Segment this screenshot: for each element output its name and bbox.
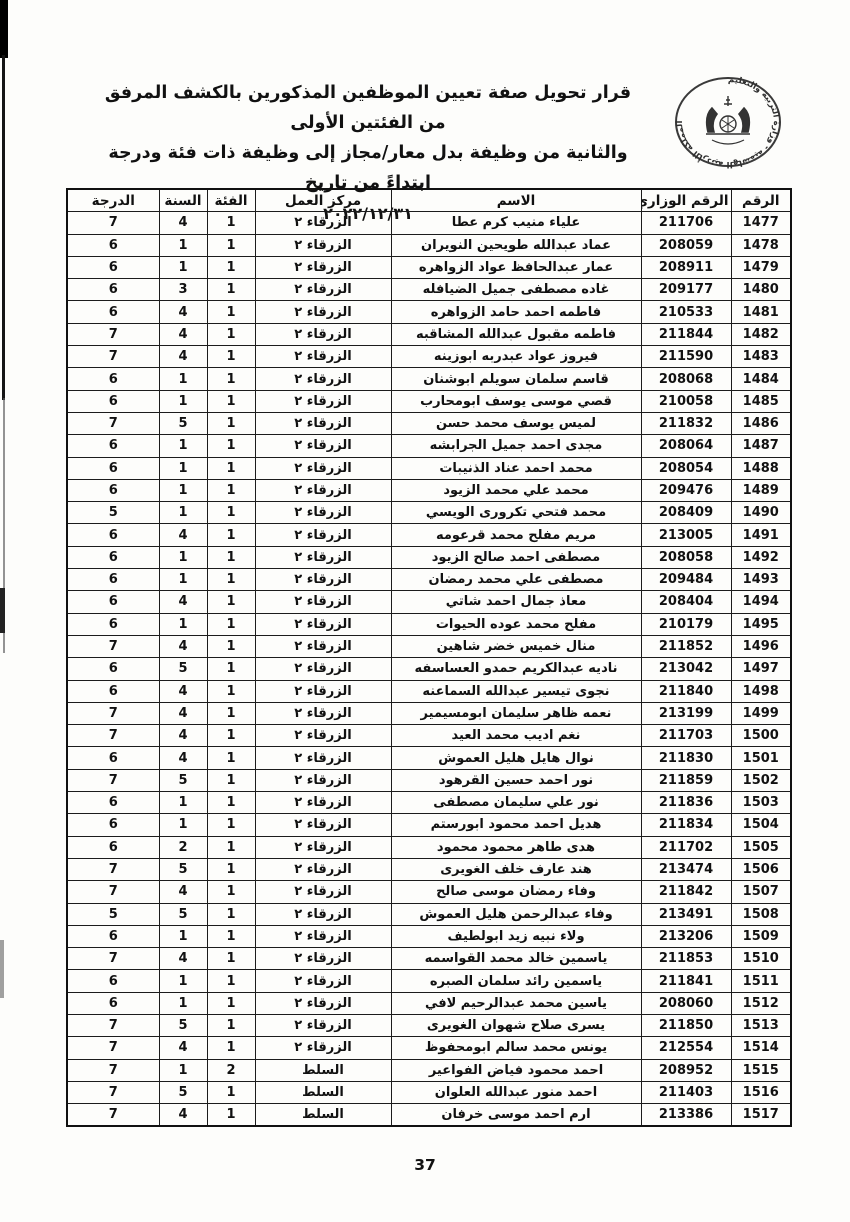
- cell-ministry_no: 209484: [641, 569, 731, 591]
- cell-year: 4: [159, 948, 207, 970]
- cell-center: الزرقاء ٢: [255, 658, 391, 680]
- table-row: 1503211836نور علي سليمان مصطفىالزرقاء ٢1…: [67, 792, 791, 814]
- cell-category: 1: [207, 747, 255, 769]
- cell-ministry_no: 211403: [641, 1081, 731, 1103]
- scan-artifact: [0, 940, 4, 998]
- cell-ministry_no: 208058: [641, 546, 731, 568]
- cell-grade: 6: [67, 524, 159, 546]
- table-row: 1501211830نوال هايل هليل العموشالزرقاء ٢…: [67, 747, 791, 769]
- cell-ministry_no: 211859: [641, 769, 731, 791]
- cell-center: الزرقاء ٢: [255, 769, 391, 791]
- cell-ministry_no: 211590: [641, 346, 731, 368]
- col-header-category: الفئة: [207, 189, 255, 212]
- cell-name: محمد علي محمد الزيود: [391, 479, 641, 501]
- cell-ministry_no: 211836: [641, 792, 731, 814]
- cell-grade: 6: [67, 390, 159, 412]
- cell-year: 1: [159, 569, 207, 591]
- cell-category: 1: [207, 635, 255, 657]
- cell-serial: 1483: [731, 346, 791, 368]
- title-line-1: قرار تحويل صفة تعيين الموظفين المذكورين …: [94, 78, 642, 138]
- cell-name: نعمه ظاهر سليمان ابومسيمير: [391, 702, 641, 724]
- cell-category: 1: [207, 546, 255, 568]
- table-row: 1487208064مجدى احمد جميل الجرابشهالزرقاء…: [67, 435, 791, 457]
- cell-center: الزرقاء ٢: [255, 524, 391, 546]
- table-row: 1504211834هديل احمد محمود ابورستمالزرقاء…: [67, 814, 791, 836]
- cell-serial: 1497: [731, 658, 791, 680]
- cell-grade: 6: [67, 569, 159, 591]
- cell-year: 4: [159, 301, 207, 323]
- cell-serial: 1486: [731, 412, 791, 434]
- cell-serial: 1517: [731, 1104, 791, 1127]
- cell-center: الزرقاء ٢: [255, 814, 391, 836]
- table-body: 1477211706علياء منيب كرم عطاالزرقاء ٢147…: [67, 212, 791, 1127]
- cell-grade: 6: [67, 546, 159, 568]
- cell-category: 1: [207, 256, 255, 278]
- table-row: 1508213491وفاء عبدالرحمن هليل العموشالزر…: [67, 903, 791, 925]
- cell-center: الزرقاء ٢: [255, 992, 391, 1014]
- cell-center: الزرقاء ٢: [255, 725, 391, 747]
- cell-grade: 7: [67, 769, 159, 791]
- cell-ministry_no: 208054: [641, 457, 731, 479]
- cell-grade: 6: [67, 279, 159, 301]
- cell-category: 1: [207, 725, 255, 747]
- cell-ministry_no: 208060: [641, 992, 731, 1014]
- table-row: 1496211852منال خميس خضر شاهينالزرقاء ٢14…: [67, 635, 791, 657]
- cell-year: 1: [159, 479, 207, 501]
- cell-grade: 7: [67, 1014, 159, 1036]
- cell-grade: 5: [67, 502, 159, 524]
- table-row: 1489209476محمد علي محمد الزيودالزرقاء ٢1…: [67, 479, 791, 501]
- cell-ministry_no: 213474: [641, 858, 731, 880]
- cell-name: مجدى احمد جميل الجرابشه: [391, 435, 641, 457]
- cell-category: 1: [207, 836, 255, 858]
- cell-year: 4: [159, 591, 207, 613]
- cell-center: الزرقاء ٢: [255, 792, 391, 814]
- cell-center: الزرقاء ٢: [255, 301, 391, 323]
- cell-year: 1: [159, 1059, 207, 1081]
- cell-name: نوال هايل هليل العموش: [391, 747, 641, 769]
- cell-category: 1: [207, 234, 255, 256]
- cell-serial: 1485: [731, 390, 791, 412]
- cell-grade: 6: [67, 814, 159, 836]
- cell-serial: 1502: [731, 769, 791, 791]
- cell-serial: 1482: [731, 323, 791, 345]
- table-row: 1482211844فاطمه مقبول عبدالله المشاقبهال…: [67, 323, 791, 345]
- cell-ministry_no: 213005: [641, 524, 731, 546]
- cell-center: الزرقاء ٢: [255, 212, 391, 234]
- cell-ministry_no: 213386: [641, 1104, 731, 1127]
- cell-serial: 1488: [731, 457, 791, 479]
- cell-name: نجوى تيسير عبدالله السماعنه: [391, 680, 641, 702]
- cell-year: 4: [159, 524, 207, 546]
- col-header-name: الاسم: [391, 189, 641, 212]
- table-row: 1506213474هند عارف خلف الغويرىالزرقاء ٢1…: [67, 858, 791, 880]
- cell-serial: 1481: [731, 301, 791, 323]
- cell-year: 4: [159, 212, 207, 234]
- cell-ministry_no: 211841: [641, 970, 731, 992]
- cell-center: الزرقاء ٢: [255, 569, 391, 591]
- cell-year: 4: [159, 635, 207, 657]
- cell-grade: 7: [67, 702, 159, 724]
- cell-category: 1: [207, 814, 255, 836]
- cell-serial: 1493: [731, 569, 791, 591]
- cell-category: 1: [207, 346, 255, 368]
- cell-name: مصطفى احمد صالح الزيود: [391, 546, 641, 568]
- cell-year: 4: [159, 323, 207, 345]
- cell-name: نور علي سليمان مصطفى: [391, 792, 641, 814]
- cell-year: 1: [159, 435, 207, 457]
- cell-category: 1: [207, 390, 255, 412]
- table-row: 1514212554يونس محمد سالم ابومحفوظالزرقاء…: [67, 1037, 791, 1059]
- cell-center: الزرقاء ٢: [255, 903, 391, 925]
- cell-grade: 7: [67, 346, 159, 368]
- cell-name: عمار عبدالحافظ عواد الزواهره: [391, 256, 641, 278]
- table-row: 1515208952احمد محمود فياض الفواعيرالسلط2…: [67, 1059, 791, 1081]
- cell-grade: 6: [67, 435, 159, 457]
- cell-serial: 1484: [731, 368, 791, 390]
- table-row: 1479208911عمار عبدالحافظ عواد الزواهرهال…: [67, 256, 791, 278]
- cell-ministry_no: 213206: [641, 925, 731, 947]
- cell-year: 3: [159, 279, 207, 301]
- cell-name: ارم احمد موسى خرفان: [391, 1104, 641, 1127]
- cell-center: الزرقاء ٢: [255, 390, 391, 412]
- cell-serial: 1508: [731, 903, 791, 925]
- cell-center: الزرقاء ٢: [255, 747, 391, 769]
- cell-category: 1: [207, 279, 255, 301]
- cell-grade: 6: [67, 792, 159, 814]
- cell-name: ياسمين خالد محمد القواسمه: [391, 948, 641, 970]
- cell-category: 1: [207, 903, 255, 925]
- cell-ministry_no: 209177: [641, 279, 731, 301]
- cell-category: 1: [207, 1037, 255, 1059]
- table-row: 1511211841ياسمين رائد سلمان الصبرهالزرقا…: [67, 970, 791, 992]
- cell-serial: 1510: [731, 948, 791, 970]
- col-header-serial: الرقم: [731, 189, 791, 212]
- cell-center: الزرقاء ٢: [255, 858, 391, 880]
- cell-grade: 6: [67, 680, 159, 702]
- cell-ministry_no: 208409: [641, 502, 731, 524]
- col-header-center: مركز العمل: [255, 189, 391, 212]
- cell-center: السلط: [255, 1059, 391, 1081]
- cell-category: 1: [207, 212, 255, 234]
- cell-category: 1: [207, 502, 255, 524]
- cell-ministry_no: 211852: [641, 635, 731, 657]
- table-row: 1499213199نعمه ظاهر سليمان ابومسيميرالزر…: [67, 702, 791, 724]
- cell-ministry_no: 213199: [641, 702, 731, 724]
- page-number: 37: [0, 1156, 850, 1174]
- cell-serial: 1480: [731, 279, 791, 301]
- cell-year: 4: [159, 747, 207, 769]
- cell-serial: 1496: [731, 635, 791, 657]
- cell-category: 1: [207, 569, 255, 591]
- cell-grade: 6: [67, 591, 159, 613]
- cell-year: 1: [159, 502, 207, 524]
- scan-artifact: [0, 588, 5, 633]
- cell-year: 5: [159, 1081, 207, 1103]
- table-row: 1480209177غاده مصطفى جميل الضيافلهالزرقا…: [67, 279, 791, 301]
- cell-category: 1: [207, 524, 255, 546]
- cell-name: قصي موسى يوسف ابومحارب: [391, 390, 641, 412]
- cell-grade: 7: [67, 412, 159, 434]
- cell-ministry_no: 211842: [641, 881, 731, 903]
- cell-ministry_no: 210179: [641, 613, 731, 635]
- cell-center: الزرقاء ٢: [255, 279, 391, 301]
- cell-center: السلط: [255, 1081, 391, 1103]
- cell-grade: 6: [67, 836, 159, 858]
- cell-ministry_no: 213042: [641, 658, 731, 680]
- cell-year: 1: [159, 792, 207, 814]
- table-row: 1498211840نجوى تيسير عبدالله السماعنهالز…: [67, 680, 791, 702]
- cell-grade: 6: [67, 970, 159, 992]
- cell-grade: 6: [67, 992, 159, 1014]
- table-row: 1497213042ناديه عبدالكريم حمدو العساسفها…: [67, 658, 791, 680]
- cell-year: 4: [159, 725, 207, 747]
- cell-name: نغم اديب محمد العيد: [391, 725, 641, 747]
- table-row: 1505211702هدى طاهر محمود محمودالزرقاء ٢1…: [67, 836, 791, 858]
- cell-grade: 7: [67, 858, 159, 880]
- table-row: 1513211850يسرى صلاح شهوان الغويرىالزرقاء…: [67, 1014, 791, 1036]
- table-row: 1500211703نغم اديب محمد العيدالزرقاء ٢14…: [67, 725, 791, 747]
- cell-center: الزرقاء ٢: [255, 881, 391, 903]
- cell-category: 1: [207, 925, 255, 947]
- table-row: 1477211706علياء منيب كرم عطاالزرقاء ٢147: [67, 212, 791, 234]
- cell-center: الزرقاء ٢: [255, 256, 391, 278]
- cell-serial: 1515: [731, 1059, 791, 1081]
- cell-year: 1: [159, 546, 207, 568]
- cell-serial: 1501: [731, 747, 791, 769]
- cell-ministry_no: 212554: [641, 1037, 731, 1059]
- cell-name: وفاء عبدالرحمن هليل العموش: [391, 903, 641, 925]
- cell-center: الزرقاء ٢: [255, 234, 391, 256]
- cell-category: 1: [207, 881, 255, 903]
- cell-ministry_no: 211706: [641, 212, 731, 234]
- cell-ministry_no: 208404: [641, 591, 731, 613]
- cell-grade: 6: [67, 925, 159, 947]
- cell-grade: 6: [67, 658, 159, 680]
- cell-grade: 7: [67, 1059, 159, 1081]
- cell-category: 2: [207, 1059, 255, 1081]
- cell-name: قاسم سلمان سويلم ابوشنان: [391, 368, 641, 390]
- cell-grade: 5: [67, 903, 159, 925]
- cell-grade: 7: [67, 1081, 159, 1103]
- cell-center: الزرقاء ٢: [255, 412, 391, 434]
- cell-year: 4: [159, 346, 207, 368]
- cell-category: 1: [207, 435, 255, 457]
- cell-category: 1: [207, 658, 255, 680]
- cell-name: هدى طاهر محمود محمود: [391, 836, 641, 858]
- cell-category: 1: [207, 769, 255, 791]
- cell-grade: 6: [67, 479, 159, 501]
- cell-grade: 7: [67, 725, 159, 747]
- cell-year: 1: [159, 925, 207, 947]
- cell-grade: 6: [67, 457, 159, 479]
- document-page: المملكة الأردنية الهاشمية - وزارة التربي…: [0, 0, 850, 1222]
- cell-name: علياء منيب كرم عطا: [391, 212, 641, 234]
- col-header-ministry: الرقم الوزاري: [641, 189, 731, 212]
- cell-center: الزرقاء ٢: [255, 836, 391, 858]
- scan-artifact: [2, 55, 5, 400]
- cell-name: فيروز عواد عبدربه ابوزينه: [391, 346, 641, 368]
- cell-year: 5: [159, 658, 207, 680]
- cell-ministry_no: 210533: [641, 301, 731, 323]
- cell-serial: 1478: [731, 234, 791, 256]
- table-row: 1495210179مفلح محمد عوده الحيواتالزرقاء …: [67, 613, 791, 635]
- table-row: 1490208409محمد فتحي تكرورى الويسيالزرقاء…: [67, 502, 791, 524]
- cell-year: 1: [159, 234, 207, 256]
- col-header-year: السنة: [159, 189, 207, 212]
- cell-ministry_no: 211853: [641, 948, 731, 970]
- cell-category: 1: [207, 1081, 255, 1103]
- cell-serial: 1513: [731, 1014, 791, 1036]
- cell-name: محمد احمد عناد الذنيبات: [391, 457, 641, 479]
- cell-year: 4: [159, 702, 207, 724]
- cell-ministry_no: 211850: [641, 1014, 731, 1036]
- cell-name: محمد فتحي تكرورى الويسي: [391, 502, 641, 524]
- table-row: 1502211859نور احمد حسين القرهودالزرقاء ٢…: [67, 769, 791, 791]
- cell-name: احمد منور عبدالله العلوان: [391, 1081, 641, 1103]
- employee-roster-table: الرقم الرقم الوزاري الاسم مركز العمل الف…: [66, 188, 792, 1127]
- cell-name: ولاء نبيه زيد ابولطيف: [391, 925, 641, 947]
- cell-year: 4: [159, 1037, 207, 1059]
- table-row: 1485210058قصي موسى يوسف ابومحاربالزرقاء …: [67, 390, 791, 412]
- cell-ministry_no: 208059: [641, 234, 731, 256]
- cell-serial: 1507: [731, 881, 791, 903]
- cell-center: الزرقاء ٢: [255, 925, 391, 947]
- table-row: 1494208404معاذ جمال احمد شاتيالزرقاء ٢14…: [67, 591, 791, 613]
- cell-serial: 1477: [731, 212, 791, 234]
- cell-ministry_no: 208064: [641, 435, 731, 457]
- table-row: 1488208054محمد احمد عناد الذنيباتالزرقاء…: [67, 457, 791, 479]
- cell-center: الزرقاء ٢: [255, 368, 391, 390]
- cell-serial: 1503: [731, 792, 791, 814]
- cell-ministry_no: 213491: [641, 903, 731, 925]
- cell-center: الزرقاء ٢: [255, 591, 391, 613]
- cell-category: 1: [207, 323, 255, 345]
- cell-serial: 1494: [731, 591, 791, 613]
- cell-grade: 6: [67, 256, 159, 278]
- table-row: 1492208058مصطفى احمد صالح الزيودالزرقاء …: [67, 546, 791, 568]
- cell-center: الزرقاء ٢: [255, 1037, 391, 1059]
- cell-year: 1: [159, 390, 207, 412]
- cell-center: الزرقاء ٢: [255, 1014, 391, 1036]
- cell-grade: 7: [67, 881, 159, 903]
- cell-grade: 7: [67, 1037, 159, 1059]
- cell-category: 1: [207, 702, 255, 724]
- cell-grade: 6: [67, 368, 159, 390]
- cell-center: الزرقاء ٢: [255, 435, 391, 457]
- cell-name: هند عارف خلف الغويرى: [391, 858, 641, 880]
- cell-serial: 1504: [731, 814, 791, 836]
- cell-serial: 1509: [731, 925, 791, 947]
- cell-serial: 1498: [731, 680, 791, 702]
- table-header-row: الرقم الرقم الوزاري الاسم مركز العمل الف…: [67, 189, 791, 212]
- cell-year: 5: [159, 1014, 207, 1036]
- cell-year: 1: [159, 992, 207, 1014]
- cell-category: 1: [207, 970, 255, 992]
- cell-year: 1: [159, 970, 207, 992]
- cell-serial: 1505: [731, 836, 791, 858]
- col-header-grade: الدرجة: [67, 189, 159, 212]
- cell-name: لميس يوسف محمد حسن: [391, 412, 641, 434]
- cell-serial: 1516: [731, 1081, 791, 1103]
- cell-name: وفاء رمضان موسى صالح: [391, 881, 641, 903]
- cell-year: 5: [159, 858, 207, 880]
- cell-serial: 1479: [731, 256, 791, 278]
- cell-grade: 7: [67, 948, 159, 970]
- cell-center: الزرقاء ٢: [255, 948, 391, 970]
- cell-category: 1: [207, 368, 255, 390]
- cell-center: الزرقاء ٢: [255, 346, 391, 368]
- cell-serial: 1491: [731, 524, 791, 546]
- cell-category: 1: [207, 792, 255, 814]
- cell-serial: 1487: [731, 435, 791, 457]
- cell-ministry_no: 211702: [641, 836, 731, 858]
- table-row: 1481210533فاطمه احمد حامد الزواهرهالزرقا…: [67, 301, 791, 323]
- cell-serial: 1511: [731, 970, 791, 992]
- cell-serial: 1490: [731, 502, 791, 524]
- cell-name: غاده مصطفى جميل الضيافله: [391, 279, 641, 301]
- cell-ministry_no: 211834: [641, 814, 731, 836]
- cell-name: مفلح محمد عوده الحيوات: [391, 613, 641, 635]
- cell-year: 5: [159, 412, 207, 434]
- cell-name: احمد محمود فياض الفواعير: [391, 1059, 641, 1081]
- cell-grade: 7: [67, 323, 159, 345]
- cell-center: الزرقاء ٢: [255, 457, 391, 479]
- cell-category: 1: [207, 613, 255, 635]
- cell-category: 1: [207, 412, 255, 434]
- cell-center: الزرقاء ٢: [255, 613, 391, 635]
- table-row: 1516211403احمد منور عبدالله العلوانالسلط…: [67, 1081, 791, 1103]
- cell-center: الزرقاء ٢: [255, 635, 391, 657]
- cell-center: السلط: [255, 1104, 391, 1127]
- ministry-seal-logo: المملكة الأردنية الهاشمية - وزارة التربي…: [662, 68, 794, 180]
- cell-ministry_no: 208911: [641, 256, 731, 278]
- cell-serial: 1492: [731, 546, 791, 568]
- cell-ministry_no: 209476: [641, 479, 731, 501]
- cell-name: عماد عبدالله طويحين النويران: [391, 234, 641, 256]
- cell-year: 1: [159, 613, 207, 635]
- table-row: 1507211842وفاء رمضان موسى صالحالزرقاء ٢1…: [67, 881, 791, 903]
- table-row: 1493209484مصطفى علي محمد رمضانالزرقاء ٢1…: [67, 569, 791, 591]
- cell-name: يونس محمد سالم ابومحفوظ: [391, 1037, 641, 1059]
- cell-center: الزرقاء ٢: [255, 323, 391, 345]
- cell-serial: 1514: [731, 1037, 791, 1059]
- cell-center: الزرقاء ٢: [255, 702, 391, 724]
- cell-ministry_no: 211840: [641, 680, 731, 702]
- cell-center: الزرقاء ٢: [255, 479, 391, 501]
- cell-name: ياسمين رائد سلمان الصبره: [391, 970, 641, 992]
- cell-ministry_no: 211832: [641, 412, 731, 434]
- cell-year: 1: [159, 368, 207, 390]
- cell-name: فاطمه احمد حامد الزواهره: [391, 301, 641, 323]
- cell-ministry_no: 210058: [641, 390, 731, 412]
- cell-name: فاطمه مقبول عبدالله المشاقبه: [391, 323, 641, 345]
- cell-grade: 6: [67, 301, 159, 323]
- cell-category: 1: [207, 479, 255, 501]
- cell-category: 1: [207, 858, 255, 880]
- cell-category: 1: [207, 680, 255, 702]
- cell-category: 1: [207, 301, 255, 323]
- cell-name: ياسين محمد عبدالرحيم لافي: [391, 992, 641, 1014]
- table-row: 1484208068قاسم سلمان سويلم ابوشنانالزرقا…: [67, 368, 791, 390]
- cell-year: 2: [159, 836, 207, 858]
- cell-year: 1: [159, 814, 207, 836]
- table-row: 1491213005مريم مفلح محمد قرعومهالزرقاء ٢…: [67, 524, 791, 546]
- cell-year: 1: [159, 457, 207, 479]
- cell-category: 1: [207, 948, 255, 970]
- cell-serial: 1506: [731, 858, 791, 880]
- cell-serial: 1495: [731, 613, 791, 635]
